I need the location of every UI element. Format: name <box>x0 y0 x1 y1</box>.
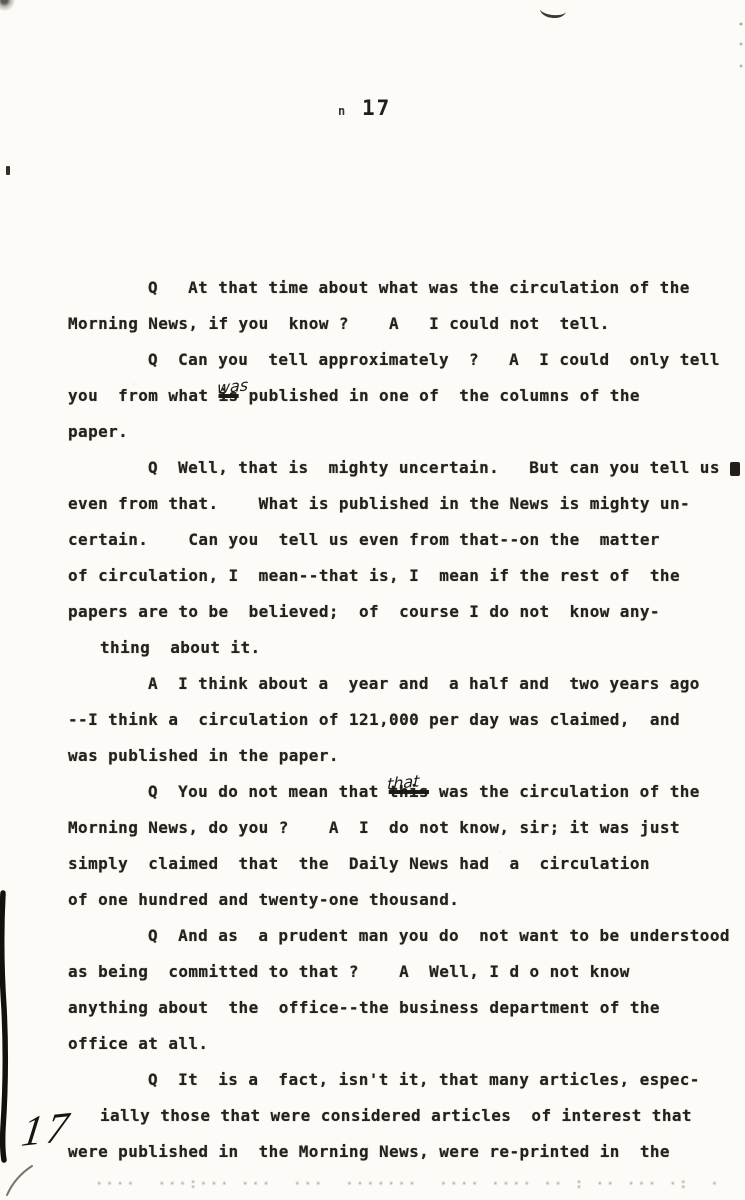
typed-text-line: Morning News, do you ? A I do not know, … <box>68 810 708 846</box>
left-margin-tick-mark <box>6 166 10 175</box>
typed-text-line: of one hundred and twenty-one thousand. <box>68 882 708 918</box>
typed-text-line: anything about the office--the business … <box>68 990 708 1026</box>
typed-text-line: Morning News, if you know ? A I could no… <box>68 306 708 342</box>
right-edge-speckles <box>738 18 744 88</box>
typed-text-line: even from that. What is published in the… <box>68 486 708 522</box>
struck-word-with-correction: thisthat <box>389 774 429 810</box>
typed-text-line: Q And as a prudent man you do not want t… <box>68 918 708 954</box>
typed-text-line: was published in the paper. <box>68 738 708 774</box>
handwritten-correction: was <box>216 377 248 396</box>
typed-text-line: A I think about a year and a half and tw… <box>68 666 708 702</box>
handwritten-page-number: 17 <box>19 1103 76 1157</box>
typed-text-line: Q Well, that is mighty uncertain. But ca… <box>68 450 708 486</box>
typed-text-line: Q Can you tell approximately ? A I could… <box>68 342 708 378</box>
header-stray-mark: n <box>338 104 345 118</box>
cutoff-text-line: ···· ···:··· ··· ··· ······· ···· ···· ·… <box>95 1176 715 1192</box>
page-header: n 17 <box>0 96 745 126</box>
typed-text-line: papers are to be believed; of course I d… <box>68 594 708 630</box>
typed-text-line: Q It is a fact, isn't it, that many arti… <box>68 1062 708 1098</box>
typed-text-line: Q At that time about what was the circul… <box>68 270 708 306</box>
handwritten-correction: that <box>387 773 420 793</box>
ink-smudge-top-left <box>0 0 21 20</box>
typed-text-line: were published in the Morning News, were… <box>68 1134 708 1170</box>
scanned-page: n 17 Q At that time about what was the c… <box>0 0 745 1200</box>
pen-arc-mark <box>539 1 567 20</box>
typed-text-line: simply claimed that the Daily News had a… <box>68 846 708 882</box>
typed-text-line: ially those that were considered article… <box>68 1098 708 1134</box>
ink-blot-character: m <box>730 462 740 476</box>
typed-text-line: office at all. <box>68 1026 708 1062</box>
transcript-body: Q At that time about what was the circul… <box>68 270 708 1170</box>
struck-word-with-correction: iswas <box>219 378 239 414</box>
typed-text-line: certain. Can you tell us even from that-… <box>68 522 708 558</box>
typed-text-line: thing about it. <box>68 630 708 666</box>
page-number: 17 <box>362 96 391 120</box>
typed-text-line: as being committed to that ? A Well, I d… <box>68 954 708 990</box>
typed-text-line: of circulation, I mean--that is, I mean … <box>68 558 708 594</box>
typed-text-line: you from what iswas published in one of … <box>68 378 708 414</box>
typed-text-line: --I think a circulation of 121,000 per d… <box>68 702 708 738</box>
typed-text-line: Q You do not mean that thisthat was the … <box>68 774 708 810</box>
typed-text-line: paper. <box>68 414 708 450</box>
